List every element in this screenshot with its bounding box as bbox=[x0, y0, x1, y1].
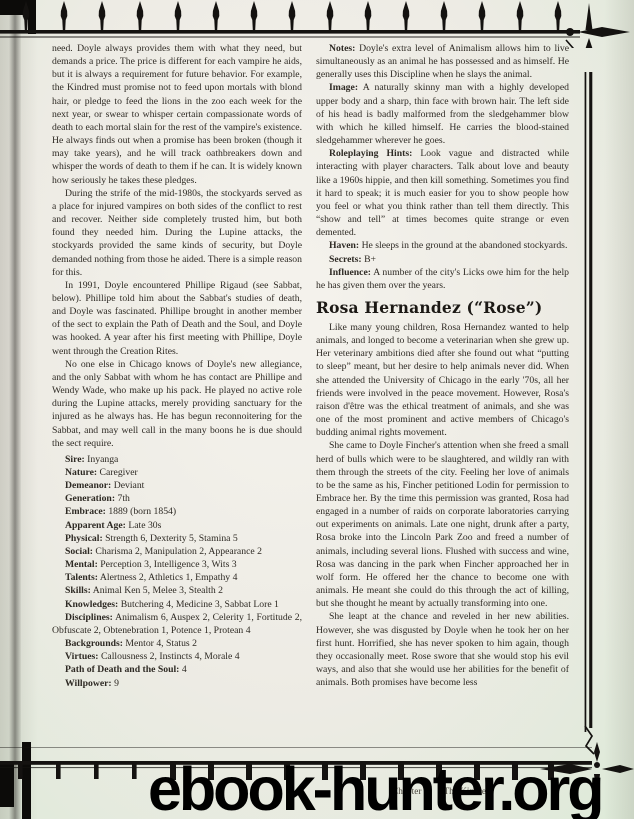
stat-value: 4 bbox=[182, 664, 187, 675]
stat-value: Mentor 4, Status 2 bbox=[125, 638, 197, 649]
paragraph-text: During the strife of the mid-1980s, the … bbox=[52, 188, 302, 278]
stat-value: Callousness 2, Instincts 4, Morale 4 bbox=[101, 651, 240, 662]
stat-value: 1889 (born 1854) bbox=[108, 506, 176, 517]
body-paragraph: Like many young children, Rosa Hernandez… bbox=[316, 321, 569, 439]
stat-label: Talents: bbox=[65, 572, 98, 583]
stat-line: Embrace: 1889 (born 1854) bbox=[52, 505, 302, 518]
entry-label: Roleplaying Hints: bbox=[329, 148, 412, 159]
entry-text: B+ bbox=[364, 254, 376, 265]
stat-line: Skills: Animal Ken 5, Melee 3, Stealth 2 bbox=[52, 584, 302, 597]
stat-label: Nature: bbox=[65, 467, 97, 478]
stat-line: Disciplines: Animalism 6, Auspex 2, Cele… bbox=[52, 611, 302, 637]
entry-paragraph: Roleplaying Hints: Look vague and distra… bbox=[316, 147, 569, 239]
stat-value: Perception 3, Intelligence 3, Wits 3 bbox=[100, 559, 236, 570]
stat-value: Late 30s bbox=[128, 520, 161, 531]
stat-label: Sire: bbox=[65, 454, 85, 465]
stat-label: Disciplines: bbox=[65, 612, 113, 623]
body-paragraph: need. Doyle always provides them with wh… bbox=[52, 42, 302, 187]
stat-label: Mental: bbox=[65, 559, 98, 570]
stat-line: Generation: 7th bbox=[52, 492, 302, 505]
body-paragraph: She came to Doyle Fincher's attention wh… bbox=[316, 439, 569, 610]
entry-label: Secrets: bbox=[329, 254, 362, 265]
paragraph-text: No one else in Chicago knows of Doyle's … bbox=[52, 359, 302, 449]
stat-line: Demeanor: Deviant bbox=[52, 479, 302, 492]
stat-label: Path of Death and the Soul: bbox=[65, 664, 179, 675]
stat-line: Apparent Age: Late 30s bbox=[52, 519, 302, 532]
paragraph-text: need. Doyle always provides them with wh… bbox=[52, 43, 302, 186]
stat-value: Charisma 2, Manipulation 2, Appearance 2 bbox=[95, 546, 262, 557]
stat-label: Knowledges: bbox=[65, 599, 118, 610]
top-right-cross-ornament bbox=[566, 3, 630, 48]
stat-label: Backgrounds: bbox=[65, 638, 123, 649]
stat-line: Mental: Perception 3, Intelligence 3, Wi… bbox=[52, 558, 302, 571]
entry-label: Influence: bbox=[329, 267, 371, 278]
stat-value: Alertness 2, Athletics 1, Empathy 4 bbox=[100, 572, 238, 583]
entry-label: Image: bbox=[329, 82, 358, 93]
paragraph-text: She leapt at the chance and reveled in h… bbox=[316, 611, 569, 688]
paragraph-text: She came to Doyle Fincher's attention wh… bbox=[316, 440, 569, 609]
stat-line: Talents: Alertness 2, Athletics 1, Empat… bbox=[52, 571, 302, 584]
body-paragraph: During the strife of the mid-1980s, the … bbox=[52, 187, 302, 279]
stat-line: Backgrounds: Mentor 4, Status 2 bbox=[52, 637, 302, 650]
paragraph-text: Like many young children, Rosa Hernandez… bbox=[316, 322, 569, 438]
entry-paragraph: Image: A naturally skinny man with a hig… bbox=[316, 81, 569, 147]
entry-paragraph: Haven: He sleeps in the ground at the ab… bbox=[316, 239, 569, 252]
entry-paragraph: Secrets: B+ bbox=[316, 253, 569, 266]
stat-label: Demeanor: bbox=[65, 480, 111, 491]
paragraph-text: In 1991, Doyle encountered Phillipe Riga… bbox=[52, 280, 302, 357]
entry-text: Look vague and distracted while interact… bbox=[316, 148, 569, 238]
entry-paragraph: Influence: A number of the city's Licks … bbox=[316, 266, 569, 292]
section-heading-rosa-hernandez: Rosa Hernandez (“Rose”) bbox=[316, 299, 569, 317]
stat-value: Animal Ken 5, Melee 3, Stealth 2 bbox=[93, 585, 223, 596]
watermark-text: ebook-hunter.org bbox=[148, 754, 602, 819]
stat-label: Generation: bbox=[65, 493, 115, 504]
stat-value: Caregiver bbox=[100, 467, 138, 478]
stat-value: Deviant bbox=[114, 480, 145, 491]
page-gutter-shadow bbox=[9, 0, 21, 819]
stat-label: Embrace: bbox=[65, 506, 106, 517]
stat-label: Virtues: bbox=[65, 651, 99, 662]
top-fence-border bbox=[0, 0, 634, 48]
stat-line: Willpower: 9 bbox=[52, 677, 302, 690]
stat-label: Apparent Age: bbox=[65, 520, 126, 531]
stat-label: Willpower: bbox=[65, 678, 112, 689]
stat-line: Knowledges: Butchering 4, Medicine 3, Sa… bbox=[52, 598, 302, 611]
body-paragraph: She leapt at the chance and reveled in h… bbox=[316, 610, 569, 689]
stat-line: Virtues: Callousness 2, Instincts 4, Mor… bbox=[52, 650, 302, 663]
left-column: need. Doyle always provides them with wh… bbox=[52, 42, 302, 690]
scanned-book-page: need. Doyle always provides them with wh… bbox=[0, 0, 634, 819]
right-column: Notes: Doyle's extra level of Animalism … bbox=[316, 42, 569, 689]
stat-label: Skills: bbox=[65, 585, 91, 596]
stat-value: Strength 6, Dexterity 5, Stamina 5 bbox=[105, 533, 238, 544]
body-paragraph: In 1991, Doyle encountered Phillipe Riga… bbox=[52, 279, 302, 358]
stat-line: Nature: Caregiver bbox=[52, 466, 302, 479]
stat-value: 7th bbox=[117, 493, 129, 504]
character-stat-block: Sire: Inyanga Nature: Caregiver Demeanor… bbox=[52, 453, 302, 690]
stat-value: 9 bbox=[114, 678, 119, 689]
stat-line: Physical: Strength 6, Dexterity 5, Stami… bbox=[52, 532, 302, 545]
stat-line: Path of Death and the Soul: 4 bbox=[52, 663, 302, 676]
body-paragraph: No one else in Chicago knows of Doyle's … bbox=[52, 358, 302, 450]
stat-label: Physical: bbox=[65, 533, 103, 544]
stat-value: Inyanga bbox=[87, 454, 118, 465]
stat-line: Sire: Inyanga bbox=[52, 453, 302, 466]
stat-label: Social: bbox=[65, 546, 93, 557]
entry-text: He sleeps in the ground at the abandoned… bbox=[362, 240, 568, 251]
stat-value: Butchering 4, Medicine 3, Sabbat Lore 1 bbox=[121, 599, 279, 610]
stat-line: Social: Charisma 2, Manipulation 2, Appe… bbox=[52, 545, 302, 558]
entry-label: Haven: bbox=[329, 240, 359, 251]
